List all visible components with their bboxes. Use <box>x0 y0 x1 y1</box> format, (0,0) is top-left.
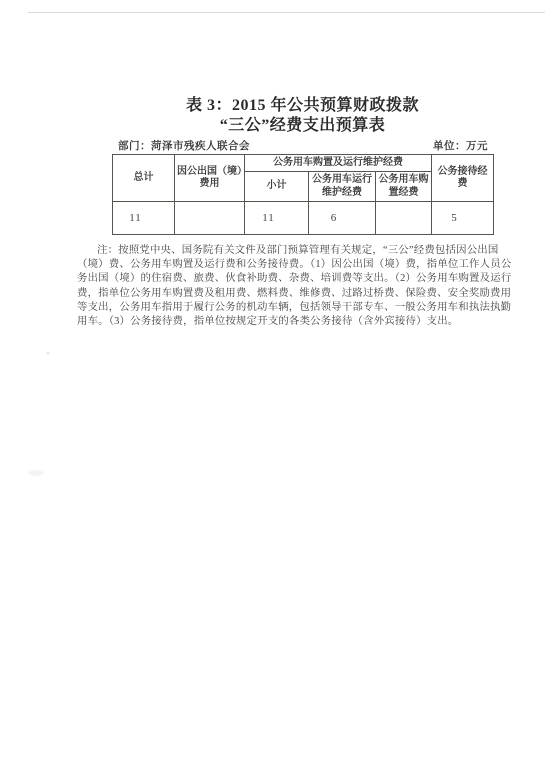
value-cell-abroad <box>175 202 245 235</box>
footnote-line: 用车。（3）公务接待费，指单位按规定开支的各类公务接待（含外宾接待）支出。 <box>77 315 495 329</box>
scan-artifact-speck <box>46 352 50 354</box>
footnote-line: 等支出，公务用车指用于履行公务的机动车辆，包括领导干部专车、一般公务用车和执法执… <box>77 301 495 315</box>
footnote-line: 注：按照党中央、国务院有关文件及部门预算管理有关规定，“三公”经费包括因公出国 <box>77 244 495 258</box>
three-public-expenses-table: 总计 因公出国（境）费用 公务用车购置及运行维护经费 公务接待经费 小计 公务用… <box>112 154 494 235</box>
document-title: 表 3：2015 年公共预算财政拨款 “三公”经费支出预算表 <box>112 96 493 136</box>
document-title-line1: 表 3：2015 年公共预算财政拨款 <box>112 96 493 116</box>
value-cell-reception: 5 <box>432 202 494 235</box>
header-cell-total: 总计 <box>113 155 175 202</box>
footnote-line: （境）费、公务用车购置及运行费和公务接待费。（1）因公出国（境）费，指单位工作人… <box>77 258 495 272</box>
table-meta-row: 部门：菏泽市残疾人联合会 单位：万元 <box>112 138 493 153</box>
header-cell-vehicle-purchase: 公务用车购置经费 <box>376 172 432 202</box>
table-header-row-group: 总计 因公出国（境）费用 公务用车购置及运行维护经费 公务接待经费 <box>113 155 494 172</box>
header-cell-abroad: 因公出国（境）费用 <box>175 155 245 202</box>
unit-label: 单位：万元 <box>433 138 488 153</box>
footnote-line: 务出国（境）的住宿费、旅费、伙食补助费、杂费、培训费等支出。（2）公务用车购置及… <box>77 272 495 286</box>
header-cell-vehicle-subtotal: 小计 <box>245 172 309 202</box>
scan-artifact-speck <box>28 470 44 476</box>
scan-artifact-top-line <box>28 12 545 13</box>
header-cell-vehicle-operation: 公务用车运行维护经费 <box>309 172 376 202</box>
value-cell-total: 11 <box>113 202 175 235</box>
footnote-paragraph: 注：按照党中央、国务院有关文件及部门预算管理有关规定，“三公”经费包括因公出国 … <box>77 244 495 329</box>
value-cell-vehicle-subtotal: 11 <box>245 202 309 235</box>
document-title-line2: “三公”经费支出预算表 <box>112 116 493 136</box>
value-cell-vehicle-operation: 6 <box>309 202 376 235</box>
header-cell-vehicle-group: 公务用车购置及运行维护经费 <box>245 155 432 172</box>
value-cell-vehicle-purchase <box>376 202 432 235</box>
table-data-row: 11 11 6 5 <box>113 202 494 235</box>
department-label: 部门：菏泽市残疾人联合会 <box>118 138 250 153</box>
header-cell-reception: 公务接待经费 <box>432 155 494 202</box>
footnote-line: 费，指单位公务用车购置费及租用费、燃料费、维修费、过路过桥费、保险费、安全奖励费… <box>77 287 495 301</box>
